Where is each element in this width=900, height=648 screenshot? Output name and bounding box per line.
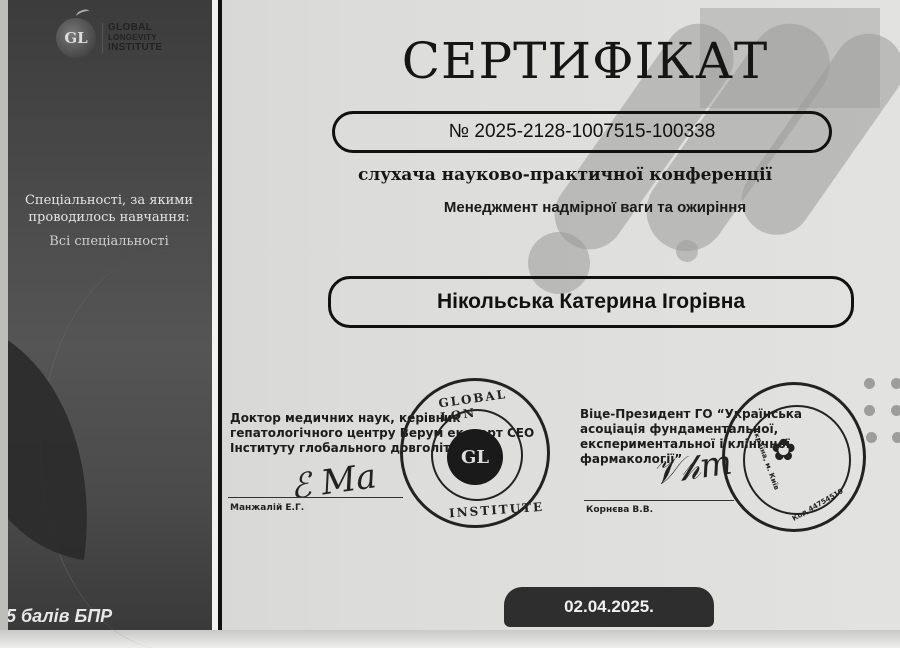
issue-date: 02.04.2025.	[504, 587, 714, 627]
issue-date-text: 02.04.2025.	[564, 597, 654, 617]
page-left-edge	[0, 0, 8, 630]
sidebar-divider	[218, 0, 222, 630]
signatory-2-line	[584, 500, 734, 501]
institute-logo: GL GLOBAL LONGEVITY INSTITUTE	[56, 18, 162, 58]
decor-dot	[866, 432, 877, 443]
decor-dot	[892, 432, 900, 443]
institute-stamp: GL GLOBAL LON INSTITUTE	[400, 378, 550, 528]
signatory-2-name: Корнєва В.В.	[586, 505, 653, 515]
event-name: Менеджмент надмірної ваги та ожиріння	[360, 199, 830, 216]
specialties-label: Спеціальності, за якими проводилось навч…	[4, 192, 214, 226]
cpd-points: 5 балів БПР	[6, 606, 112, 627]
decor-dot	[864, 405, 875, 416]
sidebar-panel: GL GLOBAL LONGEVITY INSTITUTE Спеціально…	[0, 0, 212, 630]
certificate-title: СЕРТИФІКАТ	[330, 32, 840, 90]
stamp-emblem: ✿	[771, 433, 796, 468]
decor-dot	[891, 405, 900, 416]
stamp-apple-icon: GL	[447, 429, 503, 485]
association-stamp: ✿ Код 44754519 Україна, м. Київ	[722, 382, 866, 532]
decor-circle	[676, 240, 698, 262]
certificate-number-box: № 2025-2128-1007515-100338	[332, 111, 832, 153]
recipient-name: Нікольська Катерина Ігорівна	[437, 290, 745, 314]
signatory-1-name: Манжалій Е.Г.	[230, 503, 304, 513]
recipient-name-box: Нікольська Катерина Ігорівна	[328, 276, 854, 328]
decor-dot	[864, 378, 875, 389]
signatory-1-line	[228, 497, 403, 498]
certificate-subtitle: слухача науково-практичної конференції	[330, 165, 800, 185]
logo-line-1: GLOBAL	[108, 23, 162, 33]
apple-logo-icon: GL	[56, 18, 96, 58]
logo-wordmark: GLOBAL LONGEVITY INSTITUTE	[102, 23, 162, 53]
decor-dot	[891, 378, 900, 389]
certificate-number: № 2025-2128-1007515-100338	[449, 121, 716, 143]
logo-line-3: INSTITUTE	[108, 43, 162, 53]
specialties-value: Всі спеціальності	[4, 234, 214, 249]
